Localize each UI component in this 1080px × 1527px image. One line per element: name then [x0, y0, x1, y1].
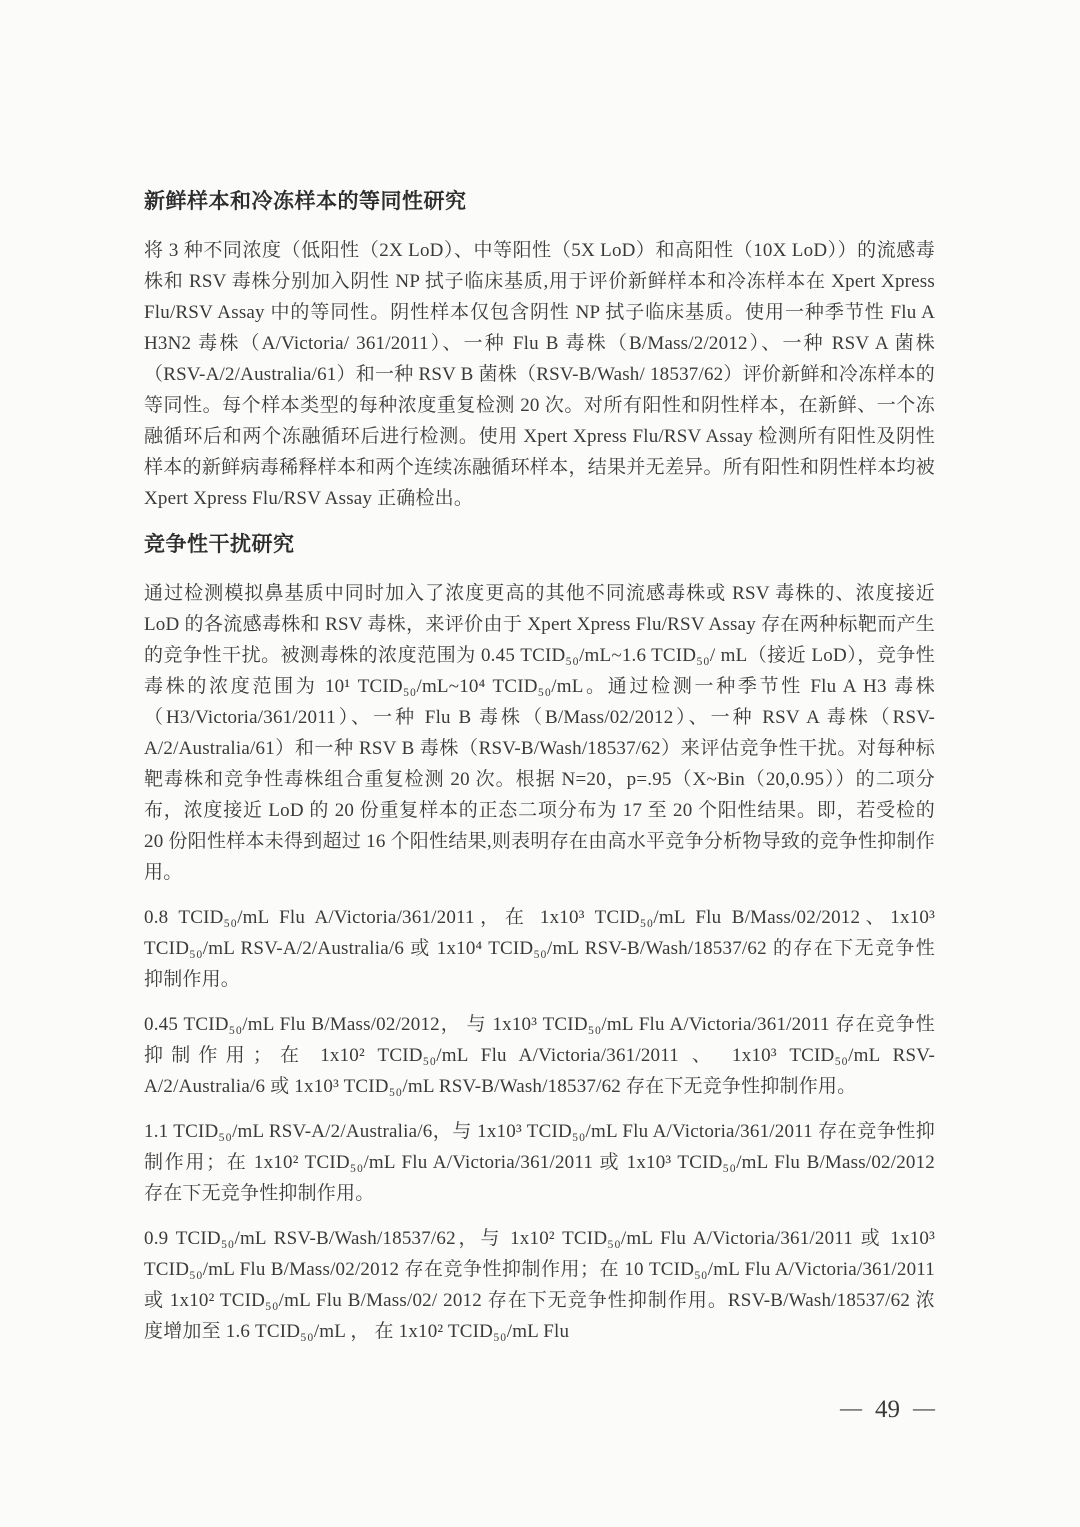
paragraph-rsv-a-result: 1.1 TCID₅₀/mL RSV-A/2/Australia/6，与 1x10… — [144, 1116, 935, 1209]
footer-left-dash: — — [840, 1395, 862, 1421]
paragraph-rsv-b-result: 0.9 TCID₅₀/mL RSV-B/Wash/18537/62，与 1x10… — [144, 1223, 935, 1347]
page-footer: — 49 — — [840, 1396, 935, 1424]
document-page: 新鲜样本和冷冻样本的等同性研究 将 3 种不同浓度（低阳性（2X LoD）、中等… — [0, 0, 1080, 1527]
paragraph-flu-a-result: 0.8 TCID₅₀/mL Flu A/Victoria/361/2011，在 … — [144, 902, 935, 995]
footer-right-dash: — — [913, 1395, 935, 1421]
paragraph-equivalence-study: 将 3 种不同浓度（低阳性（2X LoD）、中等阳性（5X LoD）和高阳性（1… — [144, 235, 935, 514]
paragraph-interference-overview: 通过检测模拟鼻基质中同时加入了浓度更高的其他不同流感毒株或 RSV 毒株的、浓度… — [144, 578, 935, 888]
section-heading-competitive-interference: 竞争性干扰研究 — [144, 531, 935, 558]
section-heading-fresh-frozen-equivalence: 新鲜样本和冷冻样本的等同性研究 — [144, 188, 935, 215]
section-equivalence-study: 新鲜样本和冷冻样本的等同性研究 将 3 种不同浓度（低阳性（2X LoD）、中等… — [144, 188, 935, 514]
section-competitive-interference: 竞争性干扰研究 通过检测模拟鼻基质中同时加入了浓度更高的其他不同流感毒株或 RS… — [144, 531, 935, 1347]
page-number: 49 — [875, 1396, 900, 1424]
paragraph-flu-b-result: 0.45 TCID₅₀/mL Flu B/Mass/02/2012， 与 1x1… — [144, 1009, 935, 1102]
